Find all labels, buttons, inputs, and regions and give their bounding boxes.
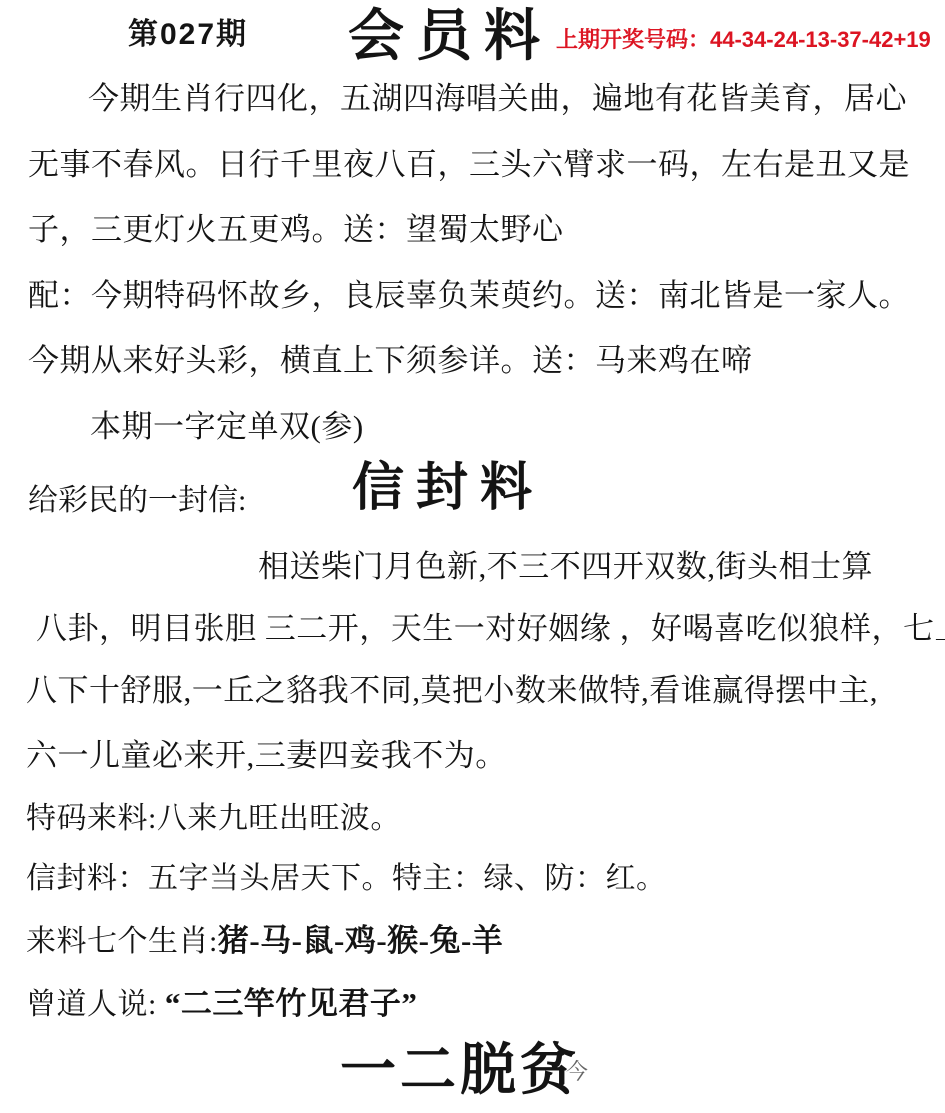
- zodiac-line: 来料七个生肖:猪-马-鼠-鸡-猴-兔-羊: [26, 922, 503, 961]
- footer-slogan: 一二脱贫: [340, 1036, 580, 1106]
- member-poem-line-2: 无事不春风。日行千里夜八百，三头六臂求一码，左右是丑又是: [28, 146, 910, 185]
- envelope-poem-line-2: 八卦，明目张胆 三二开，天生一对好姻缘 ，好喝喜吃似狼样，七上: [36, 610, 945, 649]
- zodiac-animals-list: 猪-马-鼠-鸡-猴-兔-羊: [218, 923, 503, 958]
- quote-label: 曾道人说:: [26, 988, 157, 1021]
- member-poem-line-3: 子，三更灯火五更鸡。送：望蜀太野心: [28, 211, 564, 250]
- envelope-poem-line-4: 六一儿童必来开,三妻四妾我不为。: [26, 737, 507, 776]
- envelope-poem-line-3: 八下十舒服,一丘之貉我不同,莫把小数来做特,看谁赢得摆中主,: [26, 672, 878, 711]
- footer-small-mark: 今: [566, 1058, 588, 1086]
- lottery-tip-sheet: 第027期 会员料 上期开奖号码：44-34-24-13-37-42+19 今期…: [0, 0, 945, 1113]
- envelope-poem-line-1: 相送柴门月色新,不三不四开双数,街头相士算: [258, 548, 873, 587]
- section-title-envelope-material: 信封料: [352, 456, 544, 521]
- envelope-tip-line: 信封料：五字当头居天下。特主：绿、防：红。: [26, 860, 667, 898]
- master-quote-line: 曾道人说: “二三竿竹见君子”: [26, 985, 417, 1024]
- member-poem-line-4: 配：今期特码怀故乡，良辰辜负茉萸约。送：南北皆是一家人。: [28, 277, 910, 316]
- special-code-tip-line: 特码来料:八来九旺出旺波。: [26, 800, 401, 838]
- member-poem-line-5: 今期从来好头彩，横直上下须参详。送：马来鸡在啼: [28, 342, 753, 381]
- letter-to-punters-label: 给彩民的一封信:: [28, 482, 246, 520]
- single-double-hint-line: 本期一字定单双(参): [90, 408, 364, 447]
- issue-number: 第027期: [128, 16, 248, 54]
- zodiac-label: 来料七个生肖:: [26, 925, 218, 958]
- last-draw-numbers: 上期开奖号码：44-34-24-13-37-42+19: [556, 26, 931, 54]
- quote-text: “二三竿竹见君子”: [165, 986, 418, 1021]
- page-title-member-material: 会员料: [348, 2, 552, 72]
- member-poem-line-1: 今期生肖行四化，五湖四海唱关曲，遍地有花皆美育，居心: [88, 80, 907, 119]
